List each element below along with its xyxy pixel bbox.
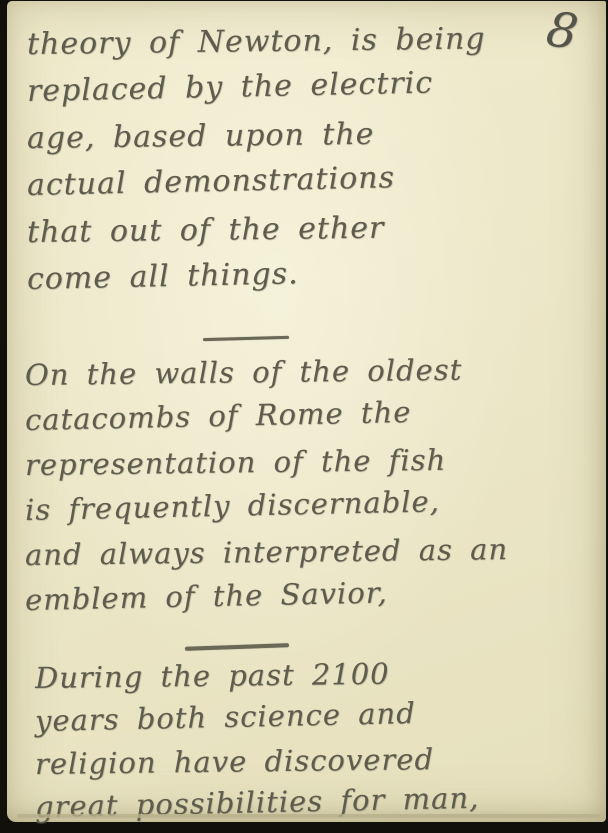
paper-bottom-edge xyxy=(17,814,600,818)
handwritten-line: replaced by the electric xyxy=(27,58,486,115)
handwritten-line: emblem of the Savior, xyxy=(25,568,509,623)
handwritten-line: actual demonstrations xyxy=(27,152,486,209)
section-divider-line xyxy=(203,336,289,341)
paper-sheet: 8 theory of Newton, is being replaced by… xyxy=(7,1,606,822)
handwritten-line: come all things. xyxy=(27,246,486,303)
underline-flourish xyxy=(185,643,289,651)
paragraph-science-religion: During the past 2100 years both science … xyxy=(35,657,479,829)
paragraph-catacombs: On the walls of the oldest catacombs of … xyxy=(25,353,508,623)
manuscript-photo: 8 theory of Newton, is being replaced by… xyxy=(0,0,608,833)
handwritten-line: is frequently discernable, xyxy=(25,478,509,533)
handwritten-line: great possibilities for man, xyxy=(35,777,480,829)
page-number: 8 xyxy=(543,1,582,61)
handwritten-line: years both science and xyxy=(35,691,480,743)
handwritten-line: catacombs of Rome the xyxy=(25,388,509,443)
paragraph-ether: theory of Newton, is being replaced by t… xyxy=(27,21,486,303)
